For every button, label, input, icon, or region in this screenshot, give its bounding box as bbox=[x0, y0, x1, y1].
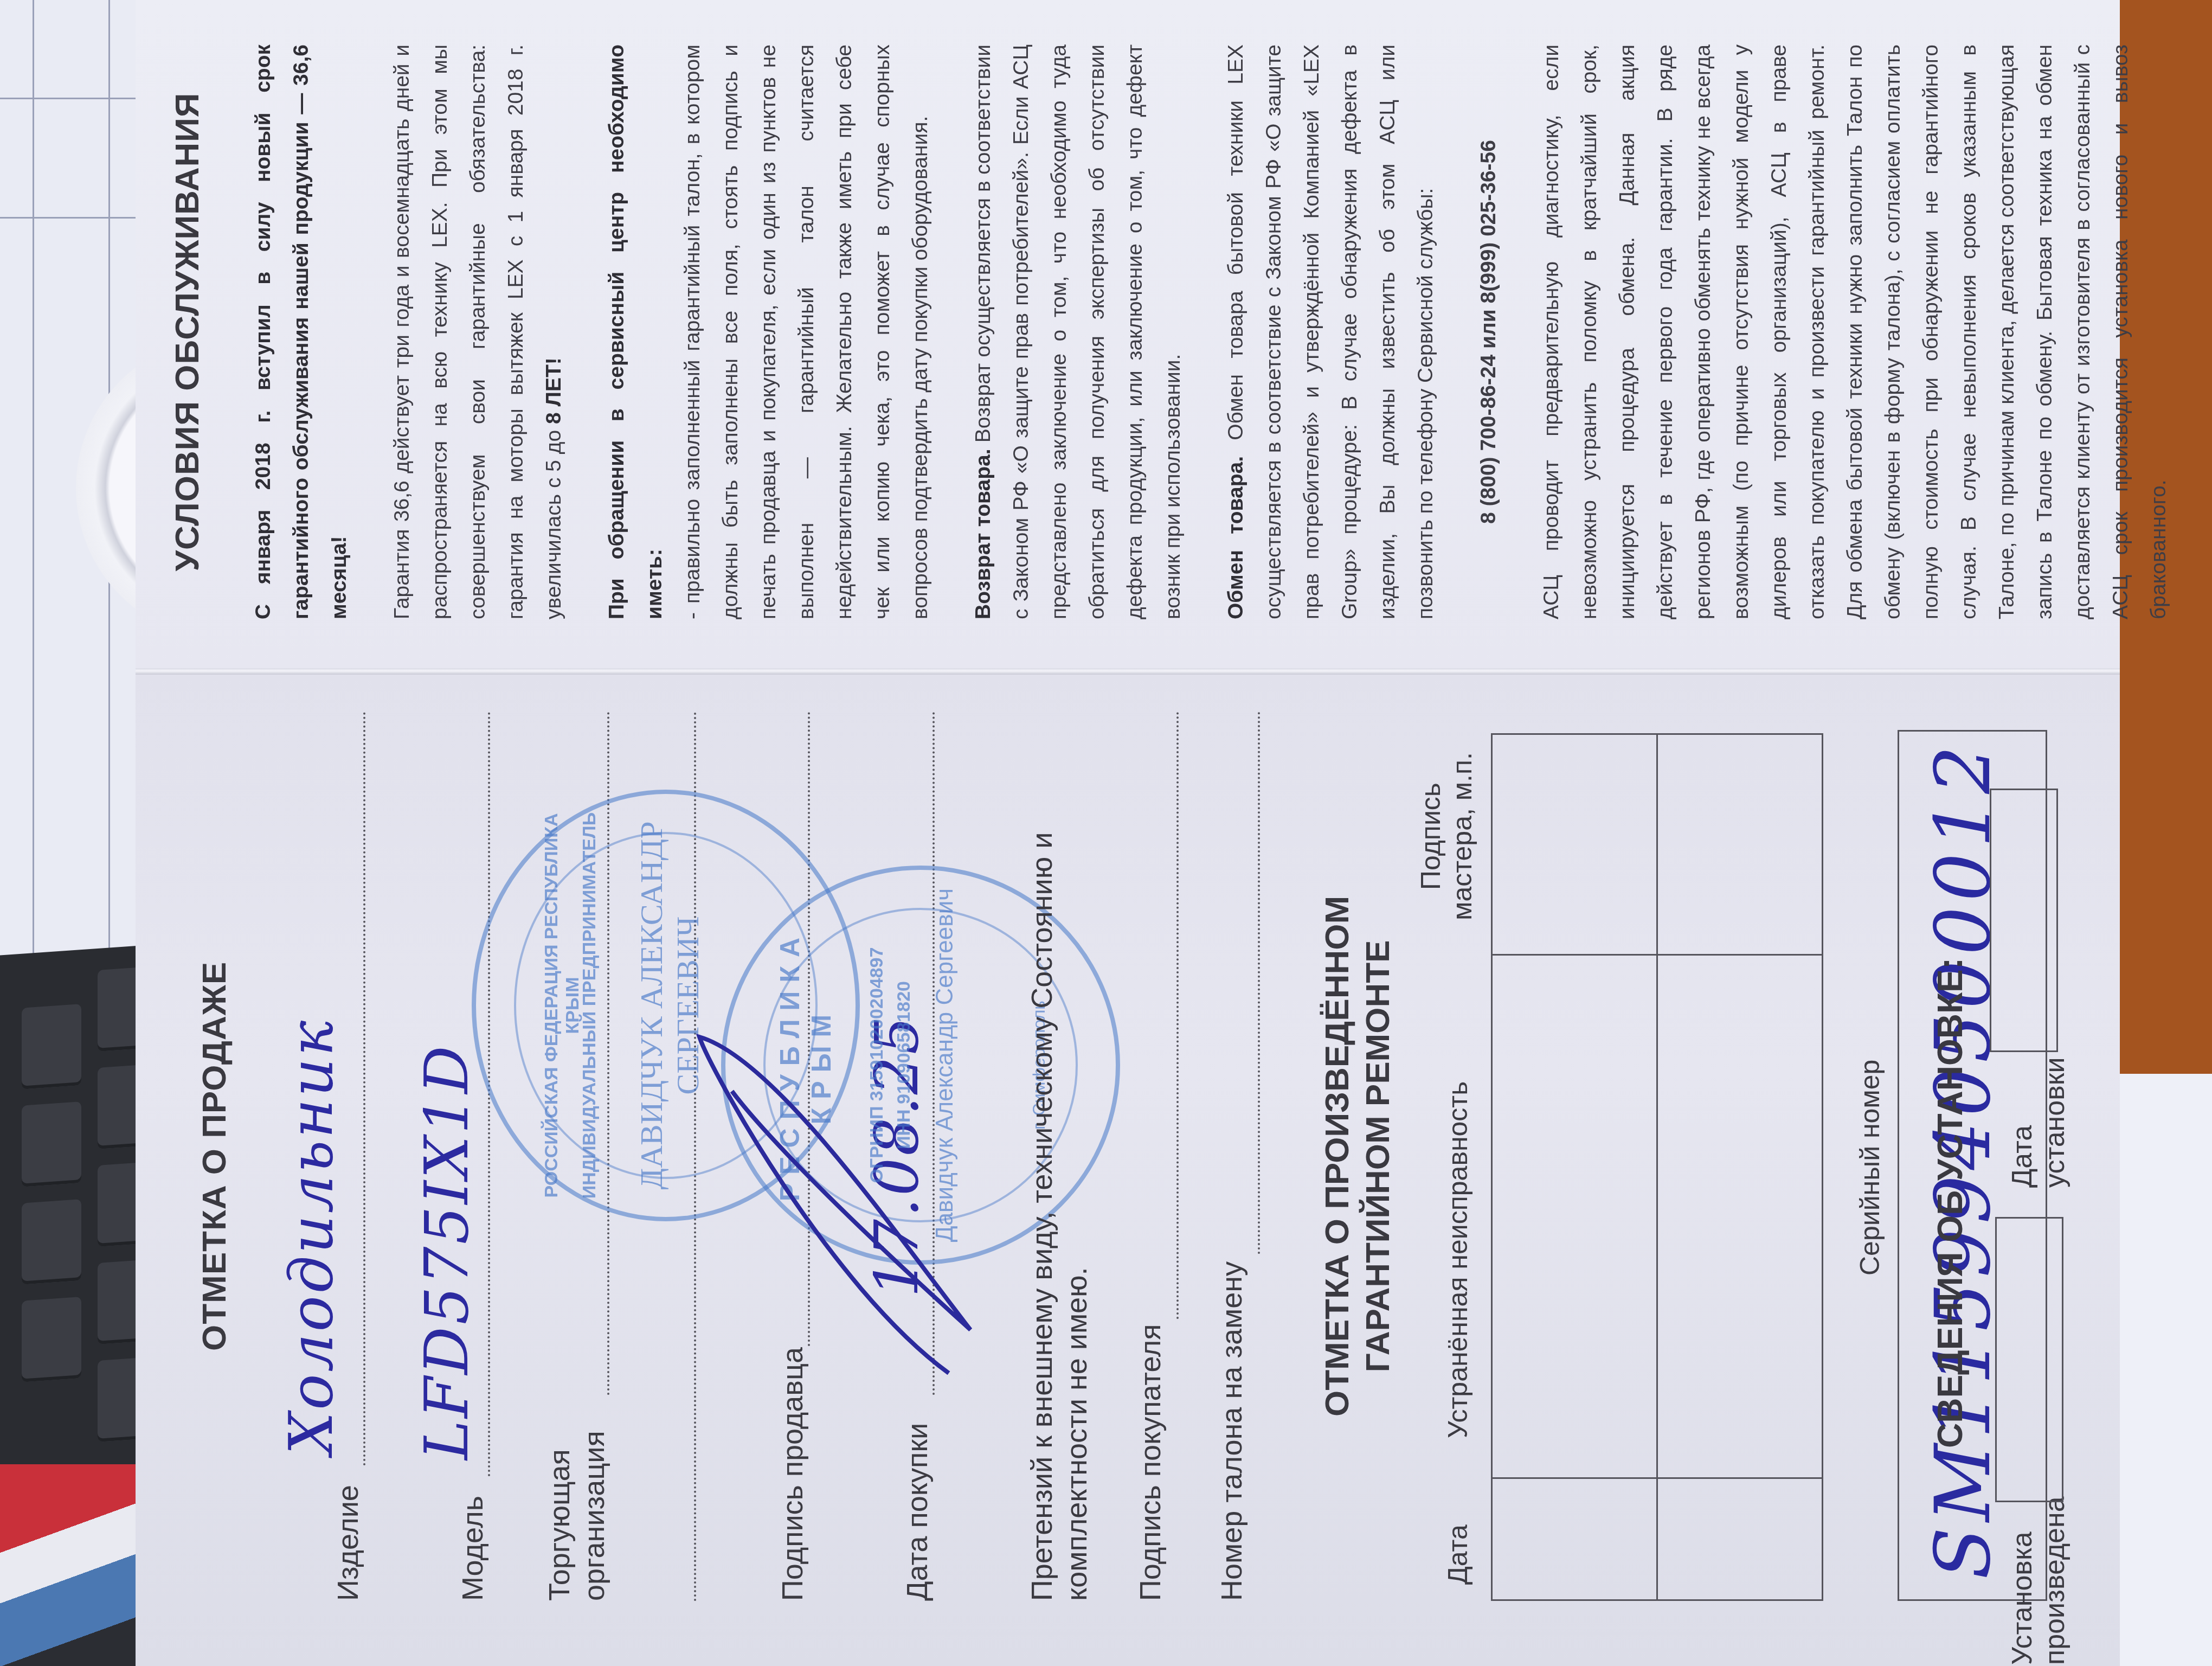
field-label: Торгующая организация bbox=[542, 1406, 612, 1601]
handwritten-value: Холодильник bbox=[276, 1018, 346, 1454]
claims-statement: Претензий к внешнему виду, техническому … bbox=[1025, 712, 1094, 1601]
conditions-intro: Гарантия 36,6 действует три года и восем… bbox=[383, 44, 573, 619]
service-phone: 8 (800) 700-86-24 или 8(999) 025-36-56 bbox=[1470, 44, 1508, 619]
conditions-text: УСЛОВИЯ ОБСЛУЖИВАНИЯ С января 2018 г. вс… bbox=[168, 44, 2212, 619]
handwritten-value: LFD575IX1D bbox=[412, 1044, 481, 1460]
exchange-policy: Обмен товара. Обмен товара бытовой техни… bbox=[1217, 44, 1445, 619]
field-label: Модель bbox=[455, 1496, 490, 1601]
sale-section-title: ОТМЕТКА О ПРОДАЖЕ bbox=[195, 712, 234, 1601]
serial-number-label: Серийный номер bbox=[1854, 1060, 1886, 1276]
repair-cell-signature[interactable] bbox=[1492, 734, 1657, 955]
field-buyer-signature[interactable]: Подпись покупателя bbox=[1122, 712, 1187, 1601]
repair-cell-fault[interactable] bbox=[1657, 955, 1823, 1478]
booklet-fold bbox=[136, 667, 2120, 675]
field-line bbox=[1258, 712, 1260, 1254]
field-line bbox=[1176, 712, 1179, 1319]
repair-col-fault: Устранённая неисправность bbox=[1442, 1081, 1474, 1438]
repair-cell-fault[interactable] bbox=[1492, 955, 1657, 1478]
field-line bbox=[363, 712, 365, 1465]
repair-col-date: Дата bbox=[1442, 1524, 1474, 1585]
table-row bbox=[1657, 734, 1823, 1600]
warranty-booklet: ОТМЕТКА О ПРОДАЖЕ Изделие Холодильник Мо… bbox=[136, 0, 2120, 1666]
install-date-box[interactable] bbox=[1990, 789, 2058, 1052]
installed-by-label: Установка произведена bbox=[2006, 1513, 2071, 1665]
conditions-page: УСЛОВИЯ ОБСЛУЖИВАНИЯ С января 2018 г. вс… bbox=[136, 0, 2120, 668]
field-label: Подпись покупателя bbox=[1133, 1324, 1168, 1601]
warranty-form-page: ОТМЕТКА О ПРОДАЖЕ Изделие Холодильник Мо… bbox=[136, 674, 2120, 1666]
installed-by-box[interactable] bbox=[1995, 1217, 2063, 1502]
field-product[interactable]: Изделие Холодильник bbox=[282, 712, 380, 1601]
service-requirements: При обращении в сервисный центр необходи… bbox=[598, 44, 940, 619]
field-label: Дата покупки bbox=[900, 1423, 935, 1601]
install-date-label: Дата установки bbox=[2006, 1058, 2071, 1188]
repair-cell-date[interactable] bbox=[1492, 1478, 1657, 1600]
repair-cell-date[interactable] bbox=[1657, 1478, 1823, 1600]
table-row bbox=[1492, 734, 1657, 1600]
repair-section-title-line1: ОТМЕТКА О ПРОИЗВЕДЁННОМ bbox=[1317, 712, 1358, 1601]
repair-col-signature: Подпись мастера, м.п. bbox=[1415, 733, 1478, 939]
install-section-title: СВЕДЕНИЯ ОБ УСТАНОВКЕ: bbox=[1930, 958, 1970, 1448]
paper-grid-line bbox=[33, 0, 34, 976]
conditions-title: УСЛОВИЯ ОБСЛУЖИВАНИЯ bbox=[168, 44, 207, 619]
background-package bbox=[0, 1464, 141, 1666]
field-model[interactable]: Модель LFD575IX1D bbox=[407, 712, 504, 1601]
install-section: СВЕДЕНИЯ ОБ УСТАНОВКЕ: Установка произве… bbox=[1930, 38, 2212, 1665]
conditions-intro-bold: С января 2018 г. вступил в силу новый ср… bbox=[245, 44, 358, 619]
seller-signature bbox=[667, 1015, 992, 1395]
repair-table bbox=[1491, 733, 1823, 1601]
repair-cell-signature[interactable] bbox=[1657, 734, 1823, 955]
return-policy: Возврат товара. Возврат осуществляется в… bbox=[964, 44, 1192, 619]
repair-section-title-line2: ГАРАНТИЙНОМ РЕМОНТЕ bbox=[1358, 712, 1398, 1601]
field-coupon-number[interactable]: Номер талона на замену bbox=[1204, 712, 1269, 1601]
field-label: Изделие bbox=[331, 1485, 365, 1601]
field-label: Номер талона на замену bbox=[1214, 1261, 1249, 1601]
